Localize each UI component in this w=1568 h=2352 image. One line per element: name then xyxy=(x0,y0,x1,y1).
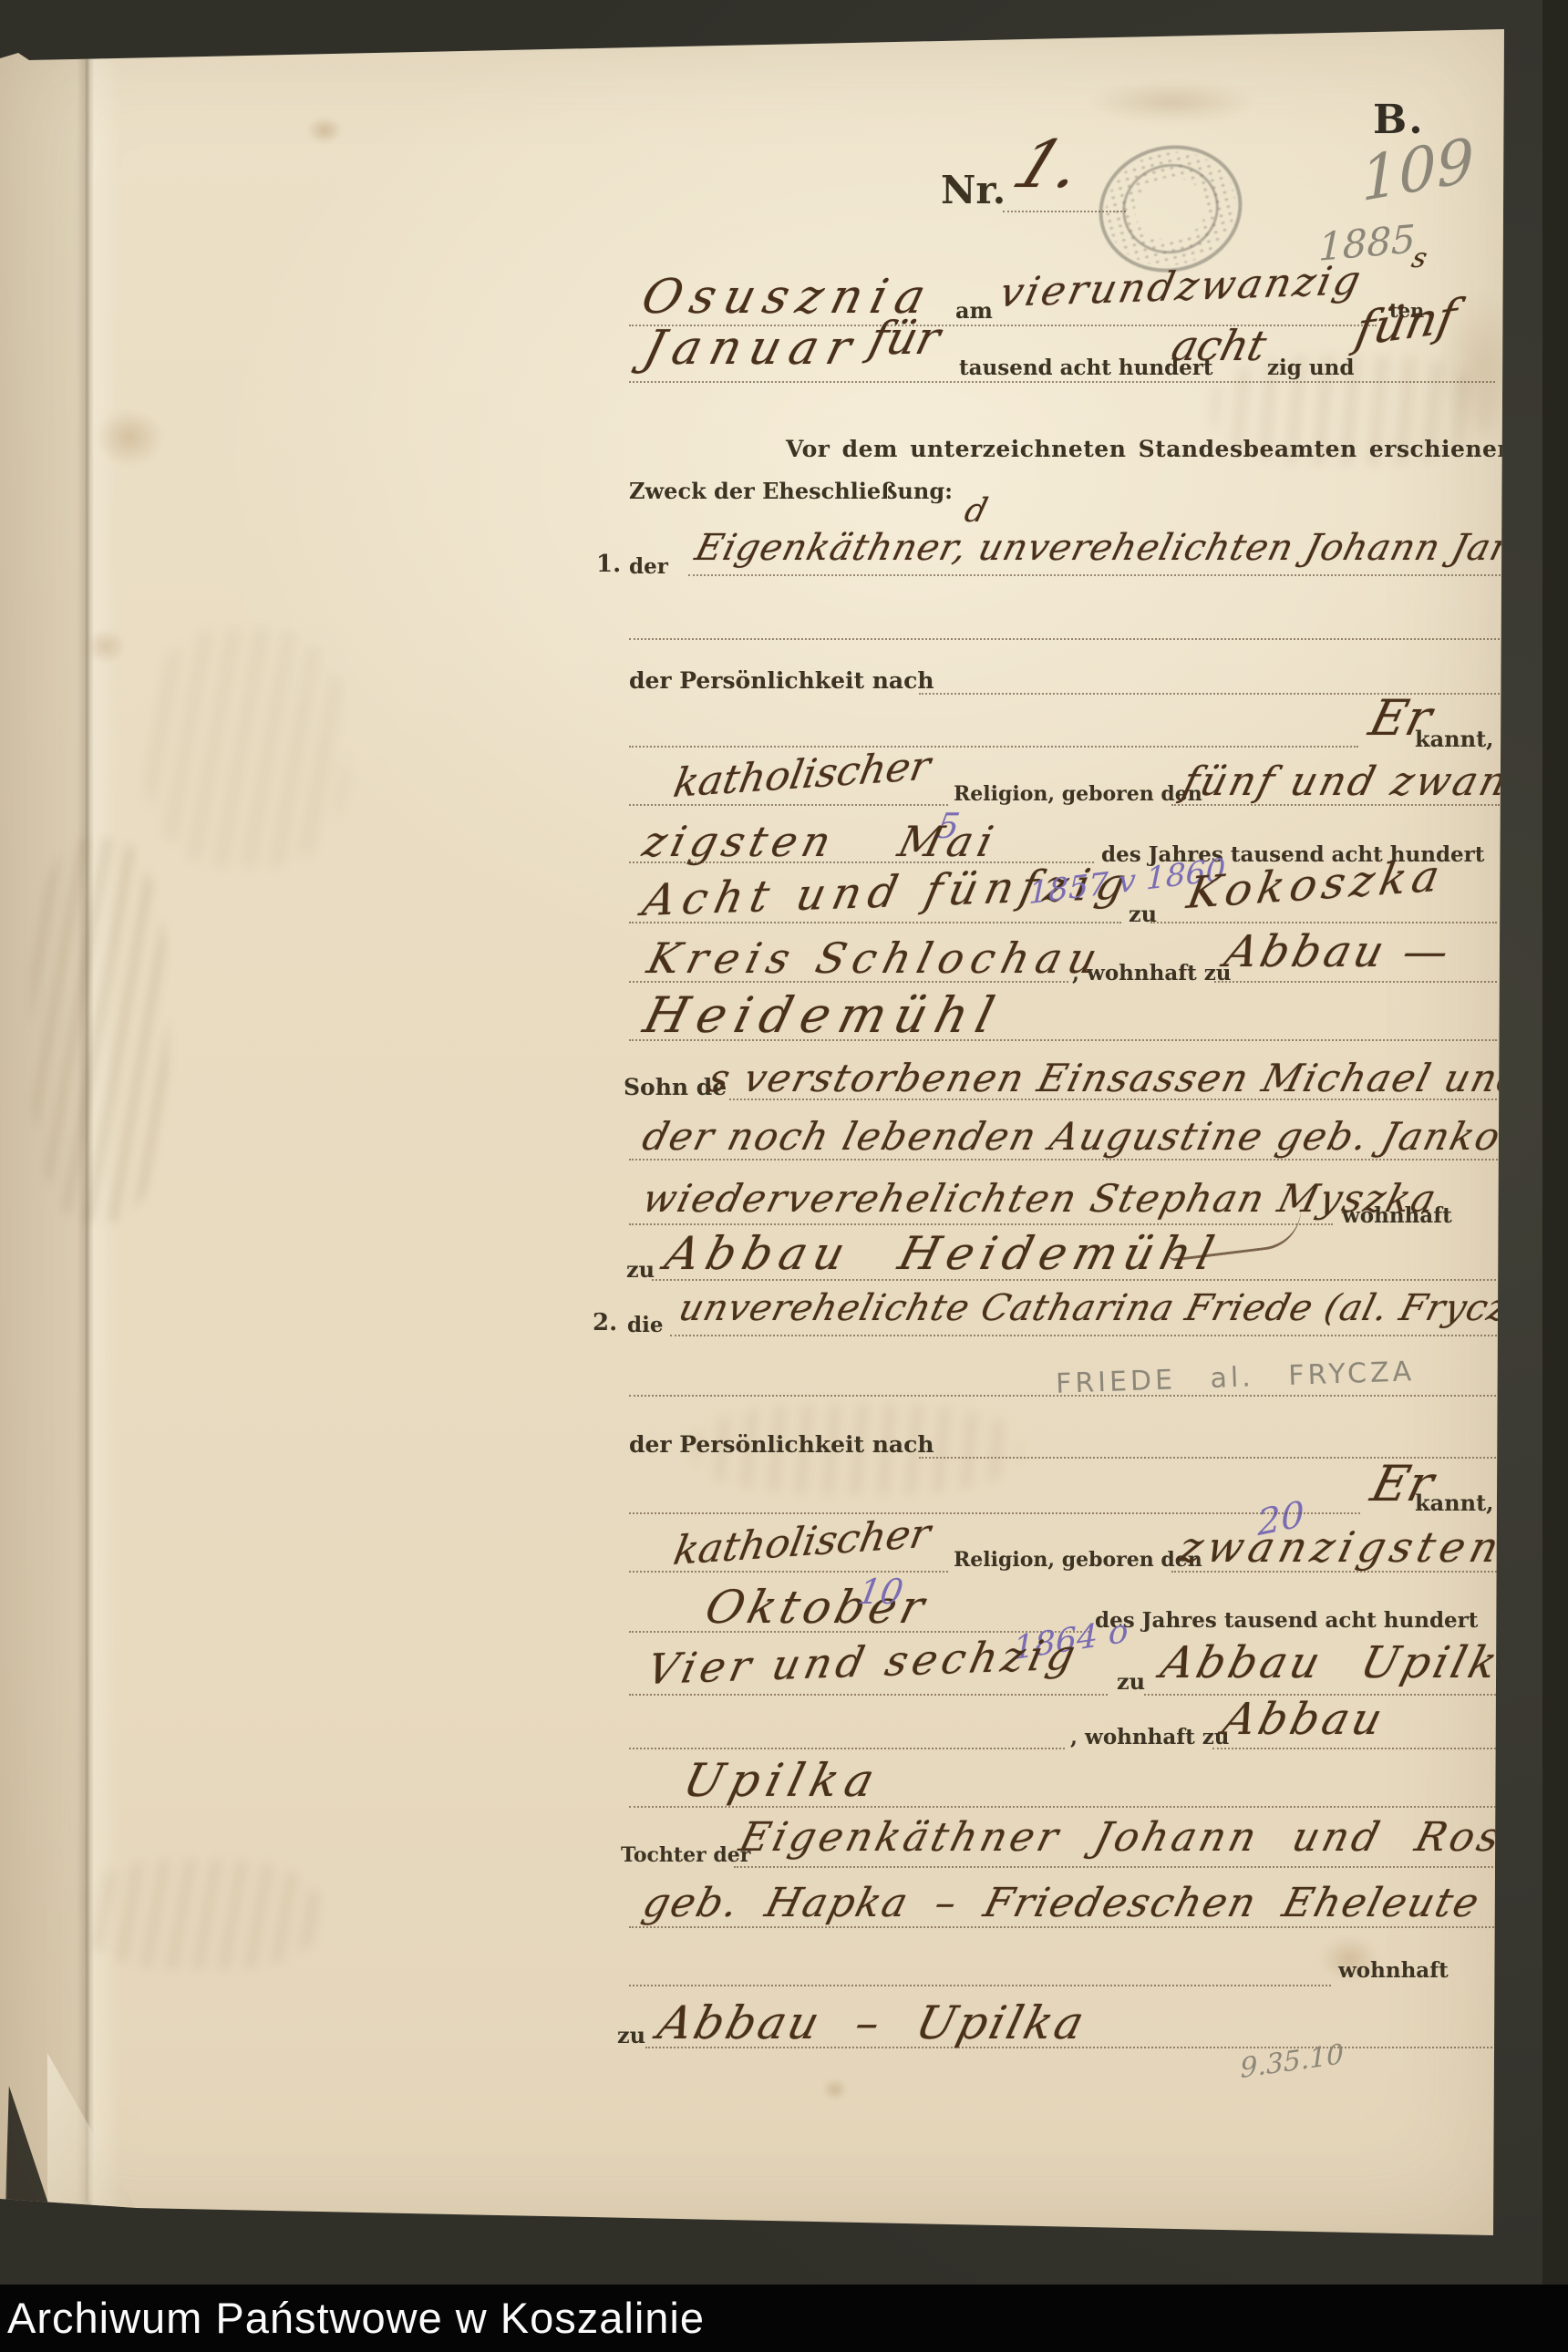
groom-parents1-handwriting: s verstorbenen Einsassen Michael und xyxy=(704,1056,1530,1100)
intro-line2: Zweck der Eheschließung: xyxy=(629,478,953,504)
bride-parents2-handwriting: geb. Hapka – Friedeschen Eheleute xyxy=(638,1880,1485,1926)
tochter-label: Tochter der xyxy=(621,1843,750,1867)
zu-label-2: zu xyxy=(1117,1668,1145,1695)
groom-name-handwriting: Eigenkäthner, unverehelichten Johann Jan… xyxy=(691,527,1568,569)
groom-index: 1. xyxy=(596,551,621,578)
dotted-rule xyxy=(1171,1571,1500,1573)
dotted-rule xyxy=(1150,922,1497,923)
groom-parents-residence-handwriting: Abbau Heidemühl xyxy=(660,1227,1226,1280)
wohnhaft-zu-label-2: , wohnhaft zu xyxy=(1070,1725,1230,1749)
zu2-label-2: zu xyxy=(617,2022,645,2048)
dotted-rule xyxy=(734,1866,1504,1868)
dotted-rule xyxy=(629,922,1121,923)
dotted-rule xyxy=(629,638,1500,640)
wohnhaft-label-1: wohnhaft xyxy=(1342,1203,1452,1228)
wohnhaft-zu-label-1: , wohnhaft zu xyxy=(1072,961,1232,985)
binding-crease xyxy=(86,57,91,2201)
groom-residence2-handwriting: Heidemühl xyxy=(638,986,1009,1044)
dotted-rule xyxy=(629,1806,1500,1808)
bride-residence-handwriting: Abbau xyxy=(1218,1694,1391,1745)
groom-article: der xyxy=(629,554,668,579)
bride-name-handwriting: unverehelichte Catharina Friede (al. Fry… xyxy=(675,1287,1551,1329)
bride-birthplace-handwriting: Abbau Upilka xyxy=(1156,1637,1535,1688)
nr-value: 1. xyxy=(1003,126,1097,202)
page-corner-shadow xyxy=(5,2086,49,2206)
document-scan: B. 109 1885 Nr. 1. Osusznia am vierundzw… xyxy=(0,0,1568,2352)
groom-parents2-handwriting: der noch lebenden Augustine geb. Jankows… xyxy=(638,1114,1568,1159)
kannt-label-1: kannt, xyxy=(1415,726,1494,752)
groom-religion-handwriting: katholischer xyxy=(670,743,934,807)
bleedthrough-ghost xyxy=(146,629,346,866)
bride-parents-residence-handwriting: Abbau – Upilka xyxy=(653,1996,1092,2049)
dotted-rule xyxy=(629,1985,1331,1986)
intro-line1: Vor dem unterzeichneten Standesbeamten e… xyxy=(786,436,1568,462)
dotted-rule xyxy=(1171,804,1500,806)
dotted-rule xyxy=(629,1694,1108,1696)
bride-article: die xyxy=(627,1313,663,1337)
dotted-rule xyxy=(629,1395,1500,1397)
bleedthrough-ghost xyxy=(31,839,168,1222)
foxing-stain xyxy=(1090,82,1254,122)
decade-handwriting: acht xyxy=(1167,321,1272,370)
nr-label: Nr. xyxy=(941,168,1006,212)
dotted-rule xyxy=(652,1279,1500,1281)
blue-month-annotation: 10 xyxy=(855,1572,906,1612)
groom-parents3-handwriting: wiederverehelichten Stephan Myszka xyxy=(638,1176,1442,1221)
persoenlichkeit-label-2: der Persönlichkeit nach xyxy=(629,1431,934,1458)
wohnhaft-label-2: wohnhaft xyxy=(1338,1958,1449,1983)
dotted-rule xyxy=(629,1926,1504,1928)
dotted-rule xyxy=(729,1099,1504,1100)
dotted-rule xyxy=(629,981,1068,983)
zig-label: zig und xyxy=(1267,356,1354,380)
groom-birthday-handwriting: fünf und zwan= xyxy=(1178,758,1551,805)
archive-watermark-bar: Archiwum Państwowe w Koszalinie xyxy=(0,2285,1568,2352)
religion-label-2: Religion, geboren den xyxy=(954,1548,1202,1572)
kannt-label-2: kannt, xyxy=(1415,1490,1494,1516)
dotted-rule xyxy=(645,2047,1500,2048)
dotted-rule xyxy=(629,1039,1497,1041)
groom-insert-mark: d xyxy=(961,492,991,530)
unit-handwriting: fünf xyxy=(1351,290,1460,357)
foxing-stain xyxy=(95,408,164,467)
dotted-rule xyxy=(629,746,1358,748)
year-label-2: des Jahres tausend acht hundert xyxy=(1095,1608,1478,1633)
foxing-stain xyxy=(86,629,126,664)
persoenlichkeit-label-1: der Persönlichkeit nach xyxy=(629,667,934,694)
dotted-rule xyxy=(670,1335,1504,1336)
month-flourish-handwriting: für xyxy=(864,312,945,365)
month-handwriting: Januar xyxy=(638,321,866,376)
bleedthrough-ghost xyxy=(82,1860,319,1969)
foxing-stain xyxy=(822,2079,848,2100)
dotted-rule xyxy=(688,574,1504,576)
religion-label-1: Religion, geboren den xyxy=(954,782,1202,806)
bride-birthyear-handwriting: Vier und sechzig xyxy=(643,1630,1084,1694)
day-handwriting: vierundzwanzig xyxy=(995,257,1367,316)
bride-religion-handwriting: katholischer xyxy=(670,1511,934,1574)
pencil-name-annotation: FRIEDE al. FRYCZA xyxy=(1056,1356,1416,1400)
dotted-rule xyxy=(1212,1748,1500,1749)
bride-birthday-handwriting: zwanzigsten xyxy=(1174,1522,1509,1572)
registry-form-page: B. 109 1885 Nr. 1. Osusznia am vierundzw… xyxy=(0,0,1568,2352)
bride-residence2-handwriting: Upilka xyxy=(678,1754,887,1807)
am-label: am xyxy=(955,297,993,324)
groom-kreis-handwriting: Kreis Schlochau xyxy=(643,934,1109,983)
dotted-rule xyxy=(629,804,948,806)
pencil-reference-note: 9.35.10 xyxy=(1240,2038,1345,2085)
page-corner-fold xyxy=(47,2053,135,2206)
bride-parents1-handwriting: Eigenkäthner Johann und Rosalie xyxy=(735,1814,1568,1861)
dotted-rule xyxy=(629,1748,1065,1749)
dotted-rule xyxy=(1214,981,1497,983)
archive-name-label: Archiwum Państwowe w Koszalinie xyxy=(7,2285,705,2352)
groom-residence-handwriting: Abbau — xyxy=(1220,926,1458,977)
stamp-lettering-blur xyxy=(1092,137,1249,281)
groom-birthday2-handwriting: zigsten Mai xyxy=(638,817,1004,866)
bride-index: 2. xyxy=(593,1309,617,1336)
dotted-rule xyxy=(629,1159,1504,1161)
zu2-label-1: zu xyxy=(626,1256,655,1283)
dotted-rule xyxy=(629,381,1495,383)
dotted-rule xyxy=(629,1512,1360,1514)
foxing-stain xyxy=(306,117,343,144)
